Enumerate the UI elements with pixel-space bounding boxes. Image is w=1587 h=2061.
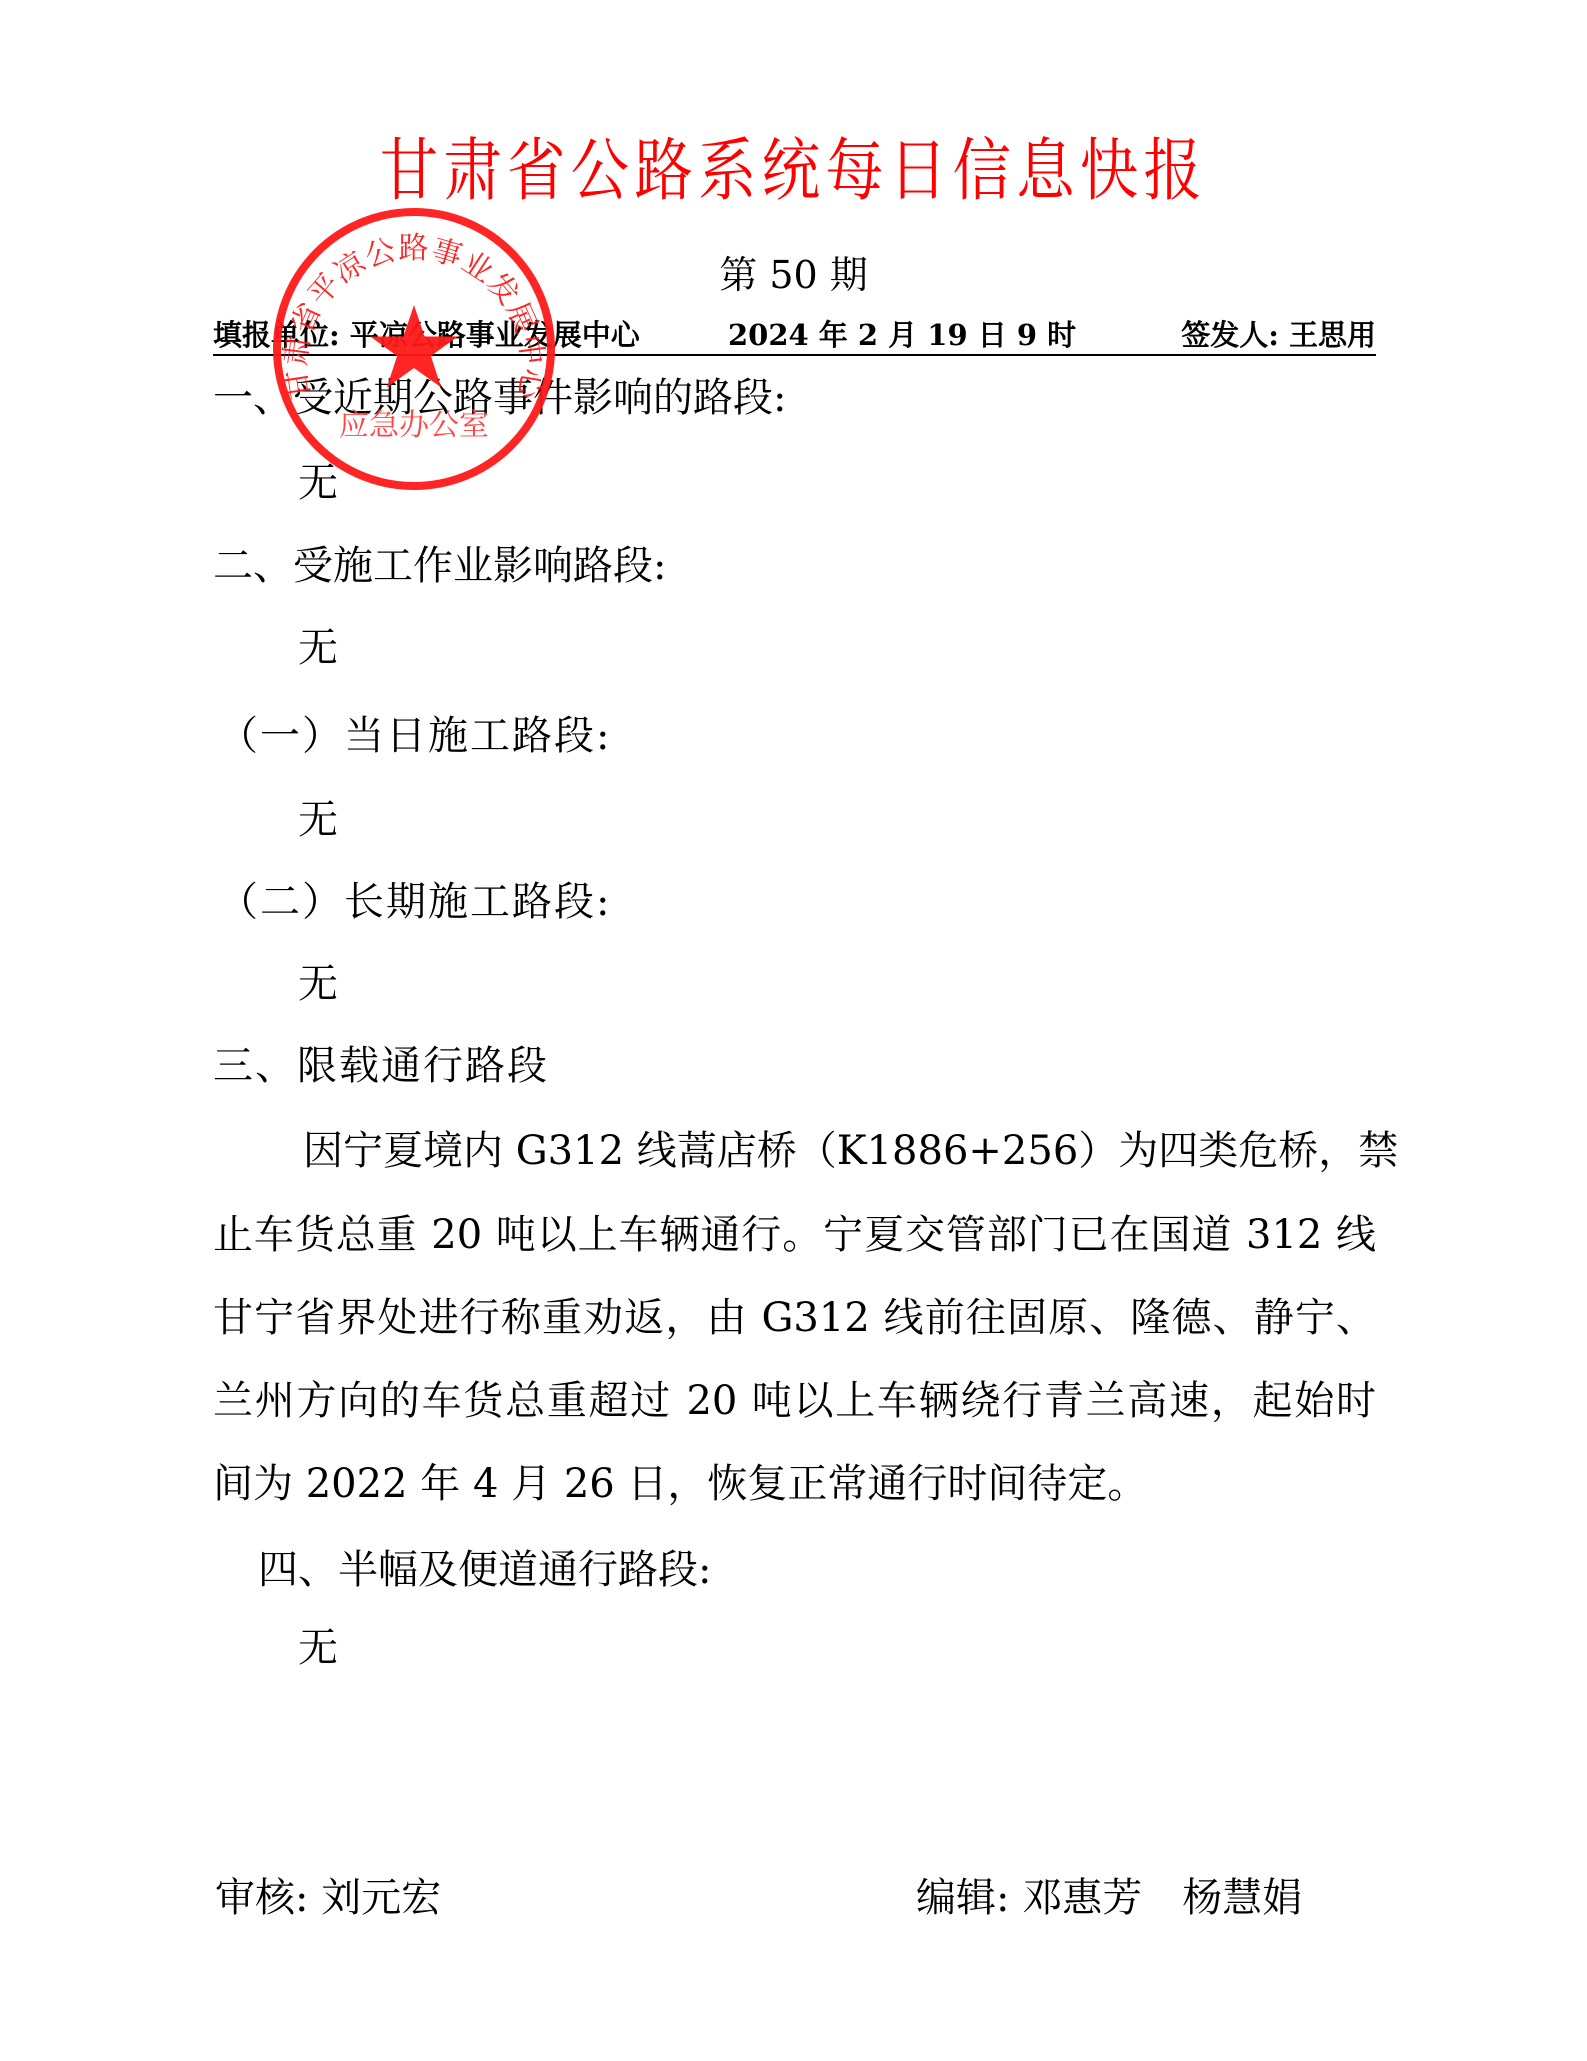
section-2-heading: 二、受施工作业影响路段:	[213, 542, 666, 590]
section-2-content: 无	[298, 624, 338, 672]
section-3-heading: 三、限载通行路段	[213, 1042, 549, 1090]
section-2a-content: 无	[298, 796, 338, 844]
section-4-heading: 四、半幅及便道通行路段:	[258, 1546, 711, 1594]
section-3-paragraph-line: 因宁夏境内 G312 线蒿店桥（K1886+256）为四类危桥，禁	[303, 1127, 1376, 1175]
report-meta-row: 填报单位: 平凉公路事业发展中心 2024 年 2 月 19 日 9 时 签发人…	[213, 318, 1376, 356]
page-title: 甘肃省公路系统每日信息快报	[111, 132, 1476, 212]
section-3-paragraph-line: 间为 2022 年 4 月 26 日，恢复正常通行时间待定。	[213, 1460, 1147, 1508]
document-page: 甘肃省公路系统每日信息快报 第 50 期 填报单位: 平凉公路事业发展中心 20…	[0, 0, 1587, 2061]
section-2b-heading: （二）长期施工路段:	[218, 878, 611, 926]
reporting-unit: 填报单位: 平凉公路事业发展中心	[213, 318, 640, 352]
section-3-paragraph-line: 甘宁省界处进行称重劝返，由 G312 线前往固原、隆德、静宁、	[213, 1294, 1376, 1342]
issue-number: 第 50 期	[0, 250, 1587, 300]
section-3-paragraph-line: 止车货总重 20 吨以上车辆通行。宁夏交管部门已在国道 312 线	[213, 1211, 1376, 1259]
reviewer-signature: 审核: 刘元宏	[215, 1874, 441, 1922]
signer: 签发人: 王思用	[1181, 318, 1376, 352]
report-datetime: 2024 年 2 月 19 日 9 时	[728, 318, 1076, 352]
section-2b-content: 无	[298, 960, 338, 1008]
section-4-content: 无	[298, 1624, 338, 1672]
editor-signature: 编辑: 邓惠芳 杨慧娟	[916, 1874, 1302, 1922]
section-1-content: 无	[298, 459, 338, 507]
section-1-heading: 一、受近期公路事件影响的路段:	[213, 374, 786, 422]
section-2a-heading: （一）当日施工路段:	[218, 712, 611, 760]
section-3-paragraph-line: 兰州方向的车货总重超过 20 吨以上车辆绕行青兰高速，起始时	[213, 1377, 1376, 1425]
